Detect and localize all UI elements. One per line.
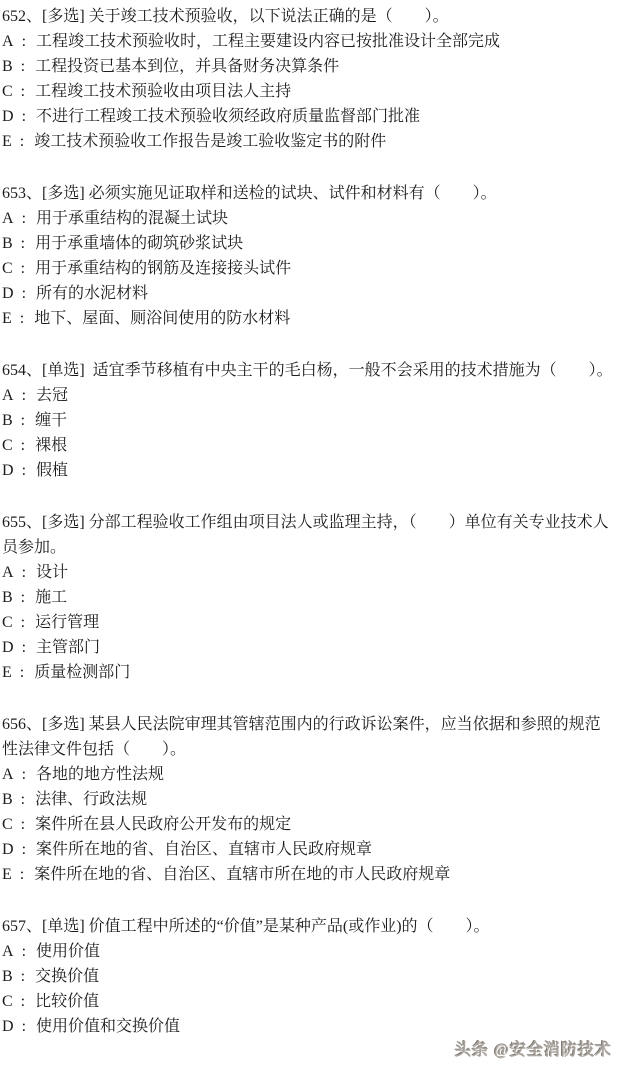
option-label: E <box>2 660 12 685</box>
option-text: 不进行工程竣工技术预验收须经政府质量监督部门批准 <box>36 104 420 129</box>
watermark: 头条 @安全消防技术 <box>455 1038 612 1063</box>
option-separator: : <box>22 104 26 129</box>
option-label: A <box>2 560 14 585</box>
option-separator: : <box>22 837 26 862</box>
option-text: 用于承重结构的钢筋及连接接头试件 <box>35 256 291 281</box>
option-label: D <box>2 104 14 129</box>
question-block: 654、[单选] 适宜季节移植有中央主干的毛白杨，一般不会采用的技术措施为（ ）… <box>2 358 613 483</box>
question-option: E : 竣工技术预验收工作报告是竣工验收鉴定书的附件 <box>2 129 613 154</box>
option-label: D <box>2 281 14 306</box>
option-label: C <box>2 256 13 281</box>
option-separator: : <box>21 989 25 1014</box>
option-text: 竣工技术预验收工作报告是竣工验收鉴定书的附件 <box>34 129 386 154</box>
option-list: A : 设计 B : 施工 C : 运行管理 D : 主管部门 E : 质量检测… <box>2 560 613 685</box>
option-text: 使用价值 <box>36 939 100 964</box>
question-option: B : 缠干 <box>2 408 613 433</box>
option-separator: : <box>21 256 25 281</box>
option-label: B <box>2 54 13 79</box>
option-text: 地下、屋面、厕浴间使用的防水材料 <box>34 306 290 331</box>
option-text: 案件所在县人民政府公开发布的规定 <box>35 812 291 837</box>
question-option: A : 用于承重结构的混凝土试块 <box>2 206 613 231</box>
option-label: C <box>2 989 13 1014</box>
option-list: A : 各地的地方性法规 B : 法律、行政法规 C : 案件所在县人民政府公开… <box>2 762 613 887</box>
option-label: C <box>2 610 13 635</box>
option-text: 法律、行政法规 <box>35 787 147 812</box>
question-heading: 654、[单选] 适宜季节移植有中央主干的毛白杨，一般不会采用的技术措施为（ ）… <box>2 358 613 383</box>
option-list: A : 去冠 B : 缠干 C : 裸根 D : 假植 <box>2 383 613 483</box>
question-option: D : 不进行工程竣工技术预验收须经政府质量监督部门批准 <box>2 104 613 129</box>
option-separator: : <box>21 231 25 256</box>
option-separator: : <box>21 54 25 79</box>
option-text: 所有的水泥材料 <box>36 281 148 306</box>
question-option: A : 设计 <box>2 560 613 585</box>
question-option: C : 案件所在县人民政府公开发布的规定 <box>2 812 613 837</box>
option-text: 案件所在地的省、自治区、直辖市所在地的市人民政府规章 <box>34 862 450 887</box>
option-separator: : <box>21 787 25 812</box>
option-label: E <box>2 306 12 331</box>
option-label: A <box>2 939 14 964</box>
question-heading: 652、[多选] 关于竣工技术预验收，以下说法正确的是（ ）。 <box>2 4 613 29</box>
option-label: B <box>2 585 13 610</box>
option-text: 案件所在地的省、自治区、直辖市人民政府规章 <box>36 837 372 862</box>
option-text: 工程竣工技术预验收由项目法人主持 <box>35 79 291 104</box>
question-option: E : 地下、屋面、厕浴间使用的防水材料 <box>2 306 613 331</box>
option-separator: : <box>22 939 26 964</box>
option-text: 质量检测部门 <box>34 660 130 685</box>
option-separator: : <box>22 206 26 231</box>
option-separator: : <box>21 585 25 610</box>
option-separator: : <box>22 281 26 306</box>
question-heading: 656、[多选] 某县人民法院审理其管辖范围内的行政诉讼案件，应当依据和参照的规… <box>2 712 613 762</box>
question-option: A : 使用价值 <box>2 939 613 964</box>
question-option: D : 主管部门 <box>2 635 613 660</box>
question-option: B : 工程投资已基本到位，并具备财务决算条件 <box>2 54 613 79</box>
option-label: B <box>2 787 13 812</box>
option-text: 施工 <box>35 585 67 610</box>
option-label: A <box>2 29 14 54</box>
option-text: 主管部门 <box>36 635 100 660</box>
question-option: B : 交换价值 <box>2 964 613 989</box>
option-separator: : <box>21 812 25 837</box>
option-text: 比较价值 <box>35 989 99 1014</box>
question-option: B : 用于承重墙体的砌筑砂浆试块 <box>2 231 613 256</box>
option-text: 运行管理 <box>35 610 99 635</box>
option-label: B <box>2 408 13 433</box>
option-text: 工程竣工技术预验收时，工程主要建设内容已按批准设计全部完成 <box>36 29 500 54</box>
option-text: 用于承重墙体的砌筑砂浆试块 <box>35 231 243 256</box>
question-option: C : 用于承重结构的钢筋及连接接头试件 <box>2 256 613 281</box>
question-option: B : 法律、行政法规 <box>2 787 613 812</box>
option-label: C <box>2 812 13 837</box>
option-label: E <box>2 129 12 154</box>
question-option: A : 去冠 <box>2 383 613 408</box>
exam-page: 652、[多选] 关于竣工技术预验收，以下说法正确的是（ ）。 A : 工程竣工… <box>0 0 617 1039</box>
option-separator: : <box>22 29 26 54</box>
question-heading: 657、[单选] 价值工程中所述的“价值”是某种产品(或作业)的（ ）。 <box>2 914 613 939</box>
option-text: 使用价值和交换价值 <box>36 1014 180 1039</box>
question-block: 655、[多选] 分部工程验收工作组由项目法人或监理主持，（ ）单位有关专业技术… <box>2 510 613 685</box>
option-separator: : <box>20 306 24 331</box>
question-option: B : 施工 <box>2 585 613 610</box>
option-separator: : <box>20 660 24 685</box>
option-label: B <box>2 964 13 989</box>
option-text: 裸根 <box>35 433 67 458</box>
question-option: D : 假植 <box>2 458 613 483</box>
option-label: A <box>2 762 14 787</box>
option-list: A : 用于承重结构的混凝土试块 B : 用于承重墙体的砌筑砂浆试块 C : 用… <box>2 206 613 331</box>
option-label: D <box>2 837 14 862</box>
option-text: 设计 <box>36 560 68 585</box>
question-block: 657、[单选] 价值工程中所述的“价值”是某种产品(或作业)的（ ）。 A :… <box>2 914 613 1039</box>
option-text: 去冠 <box>36 383 68 408</box>
question-option: D : 所有的水泥材料 <box>2 281 613 306</box>
question-heading: 655、[多选] 分部工程验收工作组由项目法人或监理主持，（ ）单位有关专业技术… <box>2 510 613 560</box>
option-separator: : <box>21 79 25 104</box>
option-list: A : 使用价值 B : 交换价值 C : 比较价值 D : 使用价值和交换价值 <box>2 939 613 1039</box>
option-text: 缠干 <box>35 408 67 433</box>
question-option: D : 使用价值和交换价值 <box>2 1014 613 1039</box>
option-separator: : <box>21 964 25 989</box>
option-text: 假植 <box>36 458 68 483</box>
option-separator: : <box>20 129 24 154</box>
question-option: C : 工程竣工技术预验收由项目法人主持 <box>2 79 613 104</box>
option-separator: : <box>22 762 26 787</box>
question-option: C : 运行管理 <box>2 610 613 635</box>
option-separator: : <box>22 458 26 483</box>
question-option: A : 工程竣工技术预验收时，工程主要建设内容已按批准设计全部完成 <box>2 29 613 54</box>
option-label: A <box>2 206 14 231</box>
option-separator: : <box>21 408 25 433</box>
question-option: A : 各地的地方性法规 <box>2 762 613 787</box>
question-block: 652、[多选] 关于竣工技术预验收，以下说法正确的是（ ）。 A : 工程竣工… <box>2 4 613 154</box>
option-text: 各地的地方性法规 <box>36 762 164 787</box>
option-label: A <box>2 383 14 408</box>
option-text: 用于承重结构的混凝土试块 <box>36 206 228 231</box>
question-option: C : 裸根 <box>2 433 613 458</box>
option-separator: : <box>22 635 26 660</box>
option-text: 工程投资已基本到位，并具备财务决算条件 <box>35 54 339 79</box>
question-option: D : 案件所在地的省、自治区、直辖市人民政府规章 <box>2 837 613 862</box>
option-label: B <box>2 231 13 256</box>
option-label: C <box>2 79 13 104</box>
option-label: E <box>2 862 12 887</box>
question-block: 653、[多选] 必须实施见证取样和送检的试块、试件和材料有（ ）。 A : 用… <box>2 181 613 331</box>
question-option: C : 比较价值 <box>2 989 613 1014</box>
option-separator: : <box>21 433 25 458</box>
option-label: D <box>2 458 14 483</box>
option-text: 交换价值 <box>35 964 99 989</box>
question-option: E : 质量检测部门 <box>2 660 613 685</box>
question-option: E : 案件所在地的省、自治区、直辖市所在地的市人民政府规章 <box>2 862 613 887</box>
option-separator: : <box>20 862 24 887</box>
option-label: D <box>2 635 14 660</box>
question-block: 656、[多选] 某县人民法院审理其管辖范围内的行政诉讼案件，应当依据和参照的规… <box>2 712 613 887</box>
option-label: C <box>2 433 13 458</box>
option-separator: : <box>21 610 25 635</box>
option-list: A : 工程竣工技术预验收时，工程主要建设内容已按批准设计全部完成 B : 工程… <box>2 29 613 154</box>
option-label: D <box>2 1014 14 1039</box>
option-separator: : <box>22 383 26 408</box>
option-separator: : <box>22 1014 26 1039</box>
question-list: 652、[多选] 关于竣工技术预验收，以下说法正确的是（ ）。 A : 工程竣工… <box>2 4 613 1039</box>
option-separator: : <box>22 560 26 585</box>
question-heading: 653、[多选] 必须实施见证取样和送检的试块、试件和材料有（ ）。 <box>2 181 613 206</box>
